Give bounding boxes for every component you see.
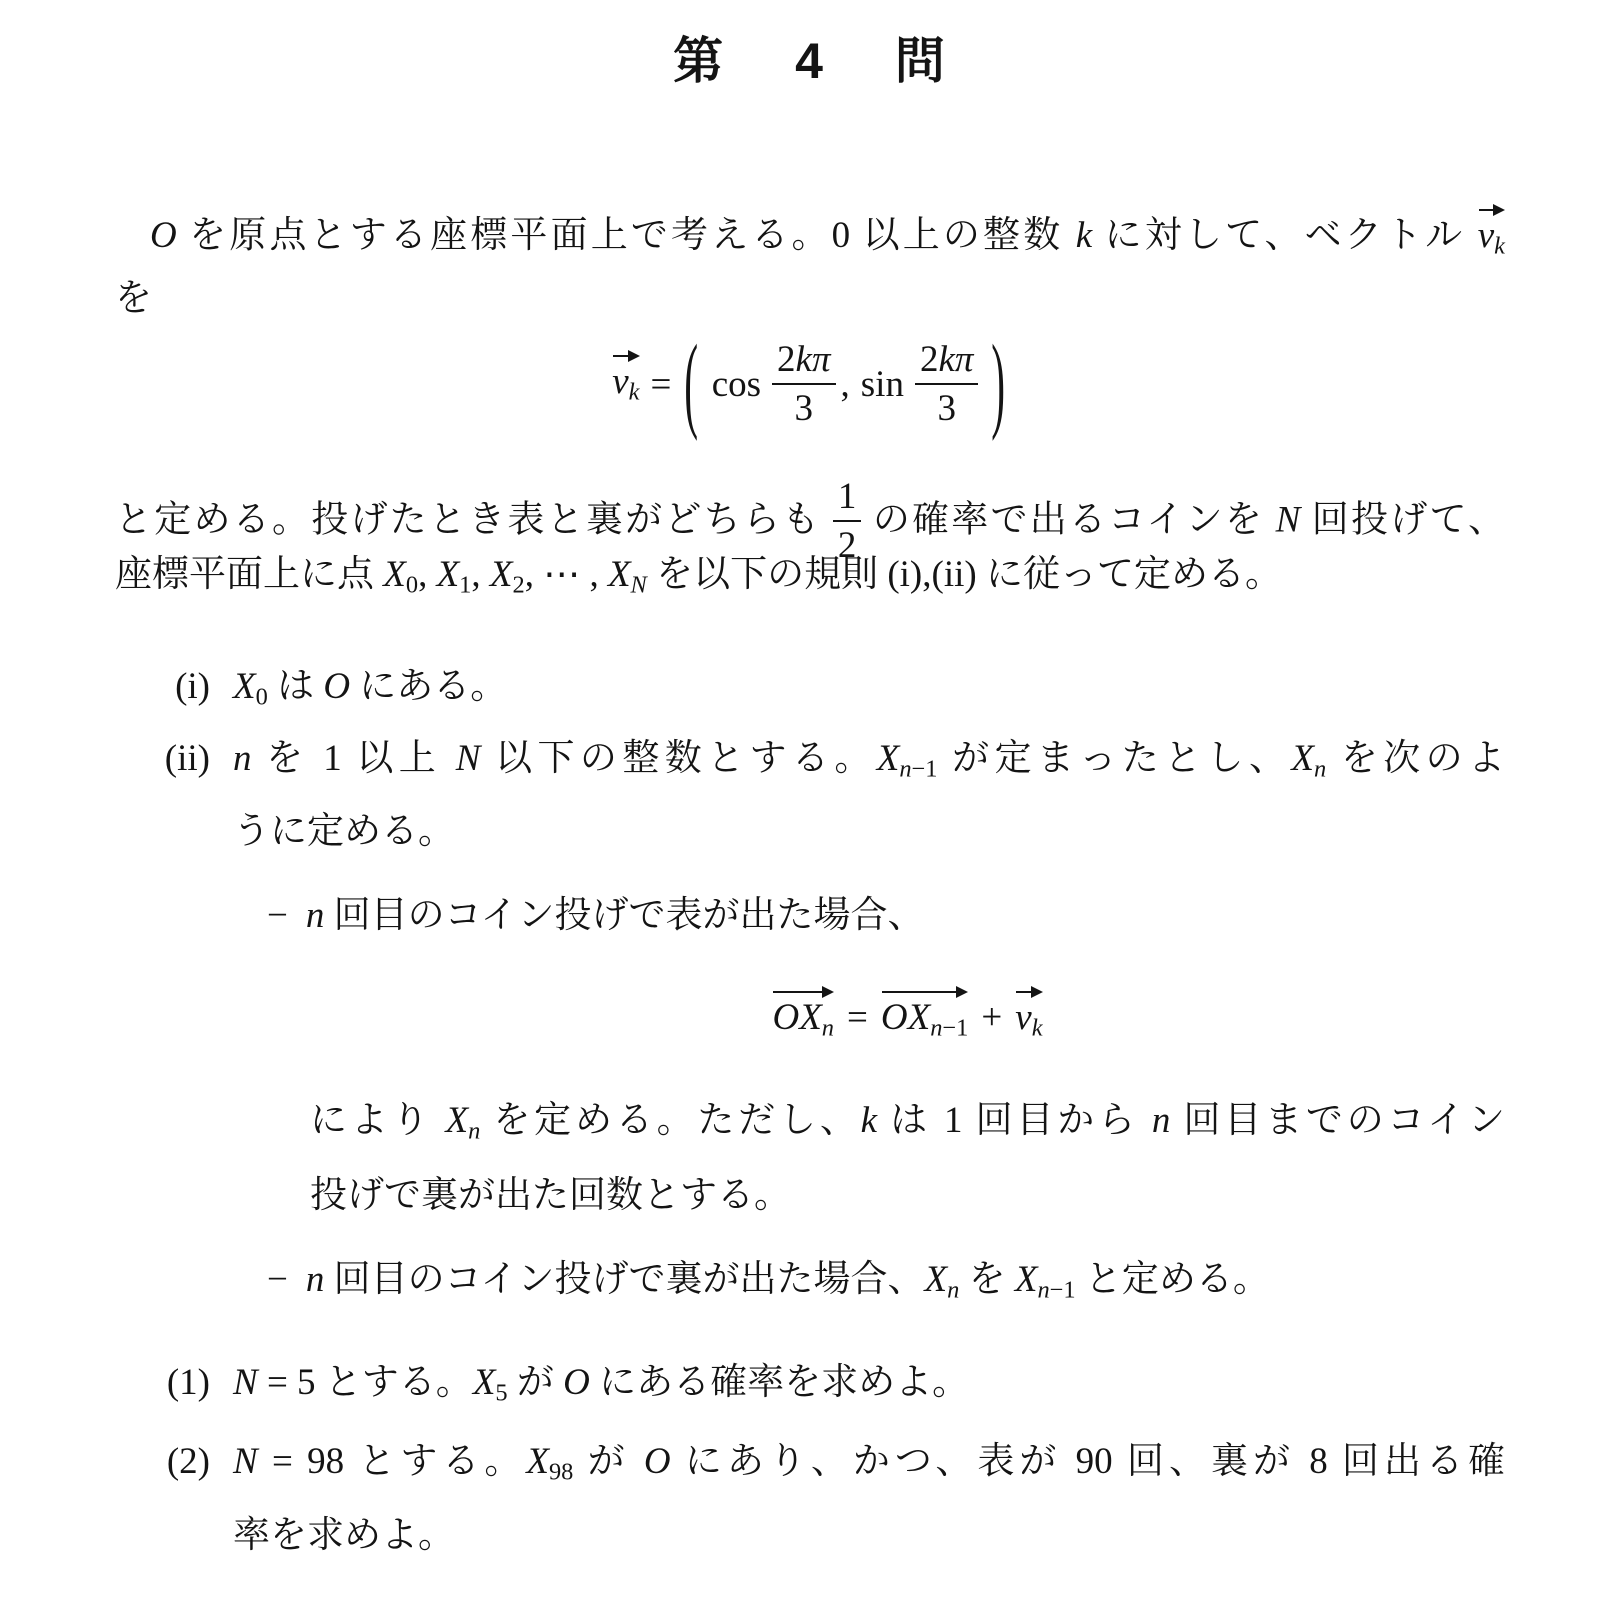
list-item-i-content: X0 は O にある。	[233, 668, 507, 710]
question-2-line1: N = 98 とする。X98 が O にあり、かつ、表が 90 回、裏が 8 回…	[233, 1443, 1505, 1485]
math-var-N: N	[1276, 499, 1301, 540]
comma: ,	[471, 554, 490, 595]
text-run: と定める。投げたとき表と裏がどちらも	[115, 499, 833, 540]
math-X2: X2	[490, 554, 525, 595]
text-run: を定める。ただし、	[480, 1100, 860, 1141]
math-vector-OXn: OXn	[772, 986, 834, 1041]
equals-sign: =	[651, 366, 672, 403]
math-X-n-minus-1: Xn−1	[877, 738, 938, 779]
text-run: を	[959, 1259, 1015, 1300]
equals-sign: =	[847, 986, 868, 1036]
fraction-2kpi-3: 2kπ3	[915, 339, 978, 430]
text-run: 回目までのコイン	[1170, 1100, 1505, 1141]
math-X0: X0	[383, 554, 418, 595]
math-Xn: Xn	[446, 1100, 481, 1141]
bullet-dash: −	[267, 897, 288, 934]
text-run: 回投げて、	[1300, 499, 1505, 540]
text-run: が定まったとし、	[938, 738, 1292, 779]
list-item-i-label: (i)	[115, 668, 210, 705]
math-var-k: k	[861, 1100, 877, 1141]
text-run: を原点とする座標平面上で考える。0 以上の整数	[177, 215, 1076, 256]
bullet-tails-case: −n 回目のコイン投げで裏が出た場合、Xn を Xn−1 と定める。	[267, 1261, 1270, 1303]
math-X0: X0	[233, 666, 268, 707]
title-char-mon: 問	[895, 36, 945, 86]
text-run: 以下の整数とする。	[480, 738, 876, 779]
fraction-denominator: 3	[772, 383, 835, 429]
math-X5: X5	[473, 1362, 508, 1403]
math-X98: X98	[526, 1441, 573, 1482]
math-var-N: N	[456, 738, 481, 779]
display-formula-vk: vk = ( cos 2kπ3 , sin 2kπ3 )	[115, 322, 1505, 446]
math-var-O: O	[644, 1441, 671, 1482]
text-run: により	[310, 1100, 446, 1141]
math-var-n: n	[233, 738, 252, 779]
text-run: にある確率を求めよ。	[590, 1362, 969, 1403]
text-run: = 98 とする。	[258, 1441, 527, 1482]
list-item-ii-line1: n を 1 以上 N 以下の整数とする。Xn−1 が定まったとし、Xn を次のよ	[233, 740, 1505, 782]
math-Xn: Xn	[925, 1259, 960, 1300]
sin-operator: sin	[861, 366, 904, 403]
list-item-ii-line2: うに定める。	[233, 813, 455, 850]
text-run: 率を求めよ。	[233, 1515, 455, 1556]
text-run: 回目のコイン投げで裏が出た場合、	[324, 1259, 924, 1300]
paragraph2-line2: 座標平面上に点 X0, X1, X2, ⋯ , XN を以下の規則 (i),(i…	[115, 556, 1282, 598]
comma: ,	[418, 554, 437, 595]
text-run: が	[508, 1362, 564, 1403]
title-number: 4	[795, 36, 823, 86]
math-vector-OXn-1: OXn−1	[881, 986, 969, 1041]
math-XN: XN	[608, 554, 647, 595]
math-var-N: N	[233, 1441, 258, 1482]
text-run: を次のよ	[1326, 738, 1505, 779]
fraction-numerator: 2kπ	[915, 339, 978, 383]
math-var-n: n	[1152, 1100, 1171, 1141]
math-vector-vk: vk	[1015, 986, 1042, 1041]
math-var-N: N	[233, 1362, 258, 1403]
bullet-continuation-line2: 投げで裏が出た回数とする。	[310, 1177, 791, 1214]
question-1-content: N = 5 とする。X5 が O にある確率を求めよ。	[233, 1364, 969, 1406]
fraction-2kpi-3: 2kπ3	[772, 339, 835, 430]
cdots: , ⋯ ,	[525, 554, 608, 595]
math-vector-vk: vk	[612, 350, 639, 405]
math-X1: X1	[437, 554, 472, 595]
bullet-continuation-line1: により Xn を定める。ただし、k は 1 回目から n 回目までのコイン	[310, 1102, 1505, 1144]
text-run: を以下の規則 (i),(ii) に従って定める。	[647, 554, 1282, 595]
comma: ,	[841, 366, 850, 403]
question-2-label: (2)	[115, 1443, 210, 1480]
title-char-dai: 第	[673, 36, 723, 86]
cos-operator: cos	[712, 366, 761, 403]
fraction-denominator: 3	[915, 383, 978, 429]
text-run: 座標平面上に点	[115, 554, 383, 595]
math-var-v: v	[612, 361, 628, 402]
bullet-heads-case: −n 回目のコイン投げで表が出た場合、	[267, 897, 925, 934]
text-run: 回目のコイン投げで表が出た場合、	[324, 895, 924, 936]
text-run: を	[115, 278, 152, 319]
text-run: と定める。	[1076, 1259, 1270, 1300]
text-run: うに定める。	[233, 811, 455, 852]
big-close-paren: )	[992, 330, 1006, 437]
math-var-v: v	[1478, 215, 1494, 256]
bullet-dash: −	[267, 1261, 288, 1298]
page-title: 第 4 問	[0, 36, 1618, 86]
text-run: に対して、ベクトル	[1092, 215, 1478, 256]
question-1-label: (1)	[115, 1364, 210, 1401]
display-formula-OXn: OXn = OXn−1 + vk	[310, 986, 1505, 1066]
text-run: にある。	[350, 666, 507, 707]
text-run: を 1 以上	[252, 738, 456, 779]
paragraph1-line2: を	[115, 280, 152, 317]
fraction-numerator: 1	[833, 476, 862, 520]
text-run: にあり、かつ、表が 90 回、裏が 8 回出る確	[671, 1441, 1505, 1482]
text-run: = 5 とする。	[258, 1362, 473, 1403]
text-run: は	[268, 666, 324, 707]
math-var-n: n	[306, 1259, 325, 1300]
math-vector-vk: vk	[1478, 204, 1505, 259]
fraction-numerator: 2kπ	[772, 339, 835, 383]
text-run: が	[573, 1441, 644, 1482]
math-X-n-minus-1: Xn−1	[1015, 1259, 1076, 1300]
text-run: は 1 回目から	[877, 1100, 1152, 1141]
big-open-paren: (	[685, 330, 699, 437]
plus-sign: +	[981, 986, 1002, 1036]
list-item-ii-label: (ii)	[115, 740, 210, 777]
question-2-line2: 率を求めよ。	[233, 1517, 455, 1554]
text-run: の確率で出るコインを	[861, 499, 1275, 540]
math-sub-k: k	[1494, 233, 1505, 260]
math-sub-k: k	[629, 379, 640, 406]
math-Xn: Xn	[1291, 738, 1326, 779]
math-var-O: O	[150, 215, 177, 256]
paragraph1-line1: O を原点とする座標平面上で考える。0 以上の整数 k に対して、ベクトル vk	[150, 204, 1505, 259]
text-run: 投げで裏が出た回数とする。	[310, 1175, 791, 1216]
math-var-O: O	[323, 666, 350, 707]
math-var-k: k	[1076, 215, 1092, 256]
math-var-O: O	[563, 1362, 590, 1403]
math-var-n: n	[306, 895, 325, 936]
document-page: 第 4 問 O を原点とする座標平面上で考える。0 以上の整数 k に対して、ベ…	[0, 0, 1618, 1610]
